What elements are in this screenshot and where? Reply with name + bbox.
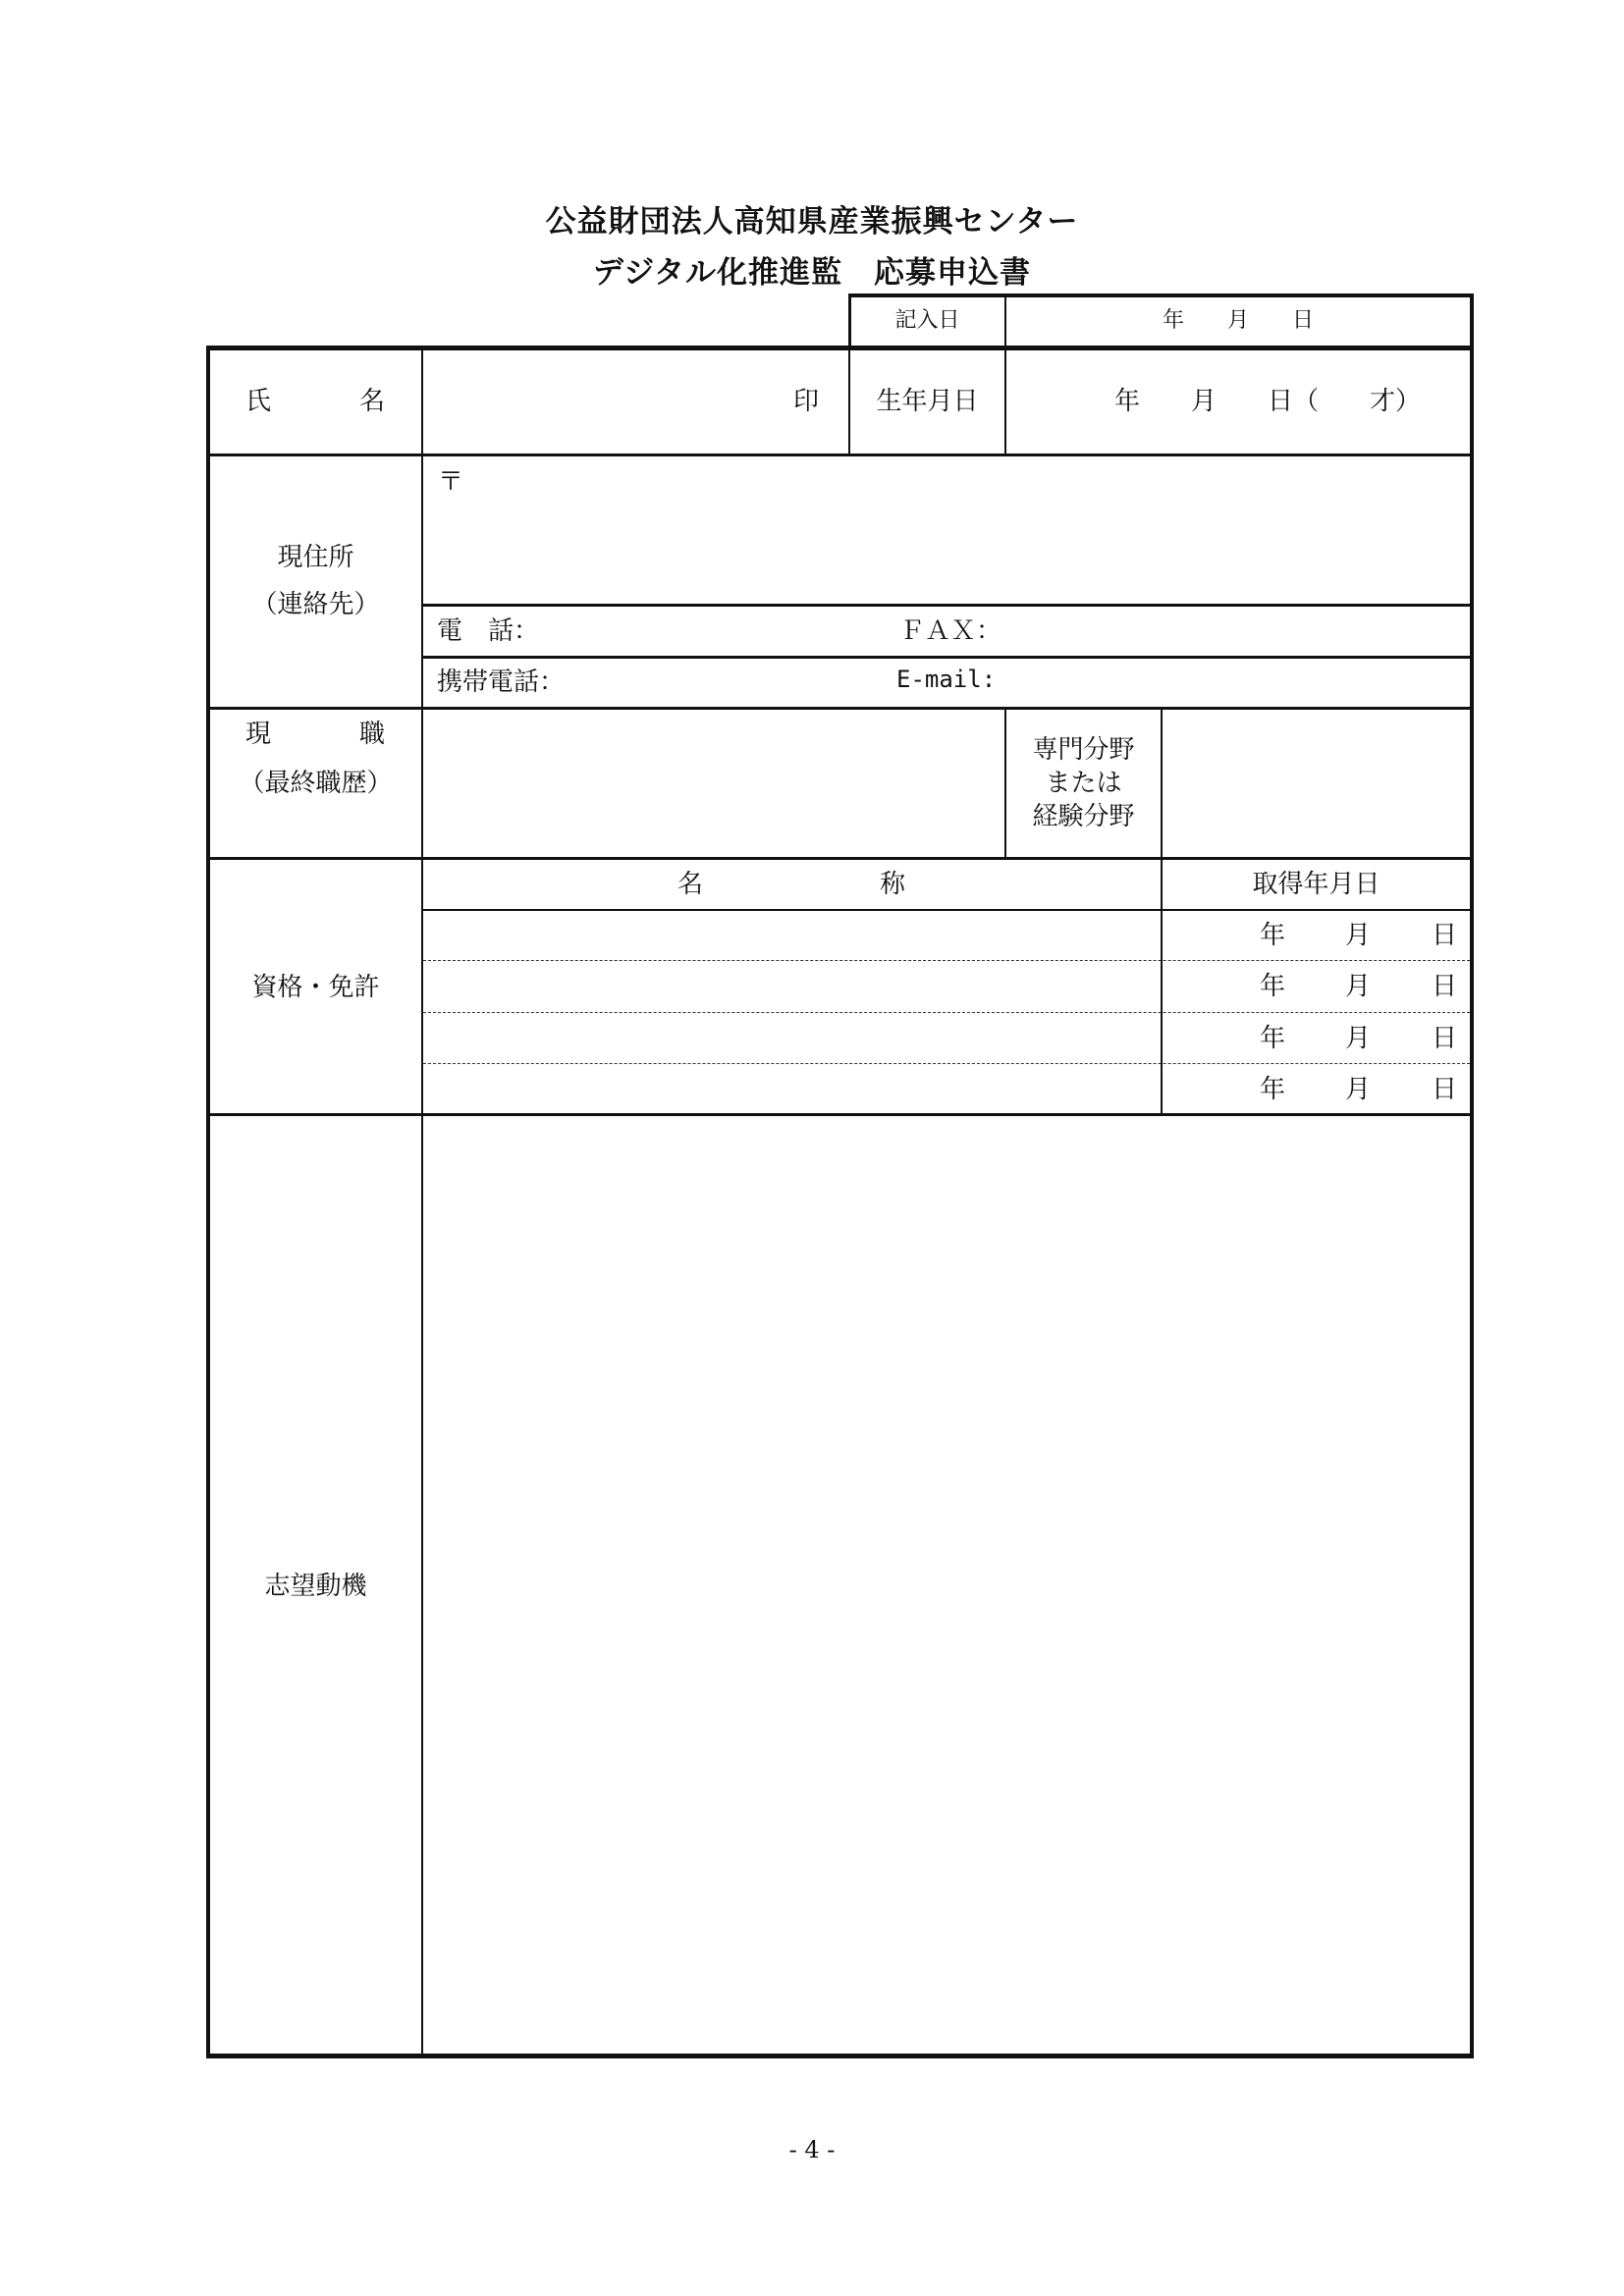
phone-label: 電 話： bbox=[437, 618, 539, 644]
entry-date-value[interactable]: 年 月 日 bbox=[1006, 310, 1470, 332]
qual-col-date: 取得年月日 bbox=[1163, 872, 1470, 897]
occupation-sublabel: （最終職歴） bbox=[210, 771, 421, 796]
organization-title: 公益財団法人高知県産業振興センター bbox=[0, 196, 1624, 240]
qual-day-4: 日 bbox=[1432, 1077, 1457, 1102]
mobile-field[interactable] bbox=[579, 659, 884, 707]
qual-year-2: 年 bbox=[1260, 974, 1285, 999]
specialty-field[interactable] bbox=[1163, 710, 1470, 857]
row-divider-qual-2 bbox=[423, 1012, 1470, 1013]
motivation-label: 志望動機 bbox=[210, 1574, 421, 1599]
occupation-label-right: 職 bbox=[359, 721, 385, 747]
qual-month-3: 月 bbox=[1345, 1026, 1371, 1051]
fax-field[interactable] bbox=[1011, 607, 1470, 656]
fax-label: ＦＡＸ： bbox=[899, 618, 1001, 644]
row-divider-qual-3 bbox=[423, 1063, 1470, 1064]
table-border-bottom bbox=[206, 2054, 1474, 2058]
qual-year-1: 年 bbox=[1260, 923, 1285, 948]
qual-name-field-2[interactable] bbox=[423, 962, 1161, 1011]
specialty-label-3: 経験分野 bbox=[1006, 804, 1161, 829]
specialty-label-2: または bbox=[1006, 771, 1161, 796]
qual-name-field-1[interactable] bbox=[423, 911, 1161, 960]
entry-date-border-top bbox=[848, 294, 1473, 297]
qual-month-4: 月 bbox=[1345, 1077, 1371, 1102]
phone-field[interactable] bbox=[550, 607, 884, 656]
email-label: E-mail: bbox=[896, 667, 996, 691]
qual-day-1: 日 bbox=[1432, 923, 1457, 948]
specialty-label-1: 専門分野 bbox=[1006, 737, 1161, 763]
page-number: - 4 - bbox=[0, 2136, 1624, 2163]
qual-day-2: 日 bbox=[1432, 974, 1457, 999]
occupation-field[interactable] bbox=[423, 710, 1004, 857]
seal-mark: 印 bbox=[793, 389, 819, 414]
table-border-right bbox=[1470, 294, 1474, 2057]
address-label: 現住所 bbox=[210, 545, 421, 570]
mobile-label: 携帯電話： bbox=[437, 669, 565, 695]
qual-day-3: 日 bbox=[1432, 1026, 1457, 1051]
qual-name-field-4[interactable] bbox=[423, 1065, 1161, 1113]
occupation-label-left: 現 bbox=[245, 721, 271, 747]
address-sublabel: （連絡先） bbox=[210, 592, 421, 617]
form-title: デジタル化推進監 応募申込書 bbox=[0, 247, 1624, 292]
row-divider-qual-1 bbox=[423, 960, 1470, 961]
motivation-field[interactable] bbox=[423, 1116, 1470, 2054]
address-field[interactable] bbox=[423, 456, 1470, 604]
name-label-left: 氏 bbox=[245, 389, 271, 414]
email-field[interactable] bbox=[1011, 659, 1470, 707]
qual-month-2: 月 bbox=[1345, 974, 1371, 999]
row-divider-occupation bbox=[206, 857, 1474, 860]
qual-year-4: 年 bbox=[1260, 1077, 1285, 1102]
birthdate-label: 生年月日 bbox=[850, 389, 1004, 414]
entry-date-label: 記入日 bbox=[850, 310, 1004, 332]
birthdate-value[interactable]: 年 月 日（ 才） bbox=[1114, 389, 1421, 414]
qual-month-1: 月 bbox=[1345, 923, 1371, 948]
qual-col-name-right: 称 bbox=[880, 872, 905, 897]
name-label-right: 名 bbox=[359, 389, 385, 414]
qual-year-3: 年 bbox=[1260, 1026, 1285, 1051]
qualifications-label: 資格・免許 bbox=[210, 975, 421, 1000]
qual-col-name-left: 名 bbox=[677, 872, 703, 897]
qual-name-field-3[interactable] bbox=[423, 1014, 1161, 1063]
name-field[interactable] bbox=[423, 350, 848, 454]
